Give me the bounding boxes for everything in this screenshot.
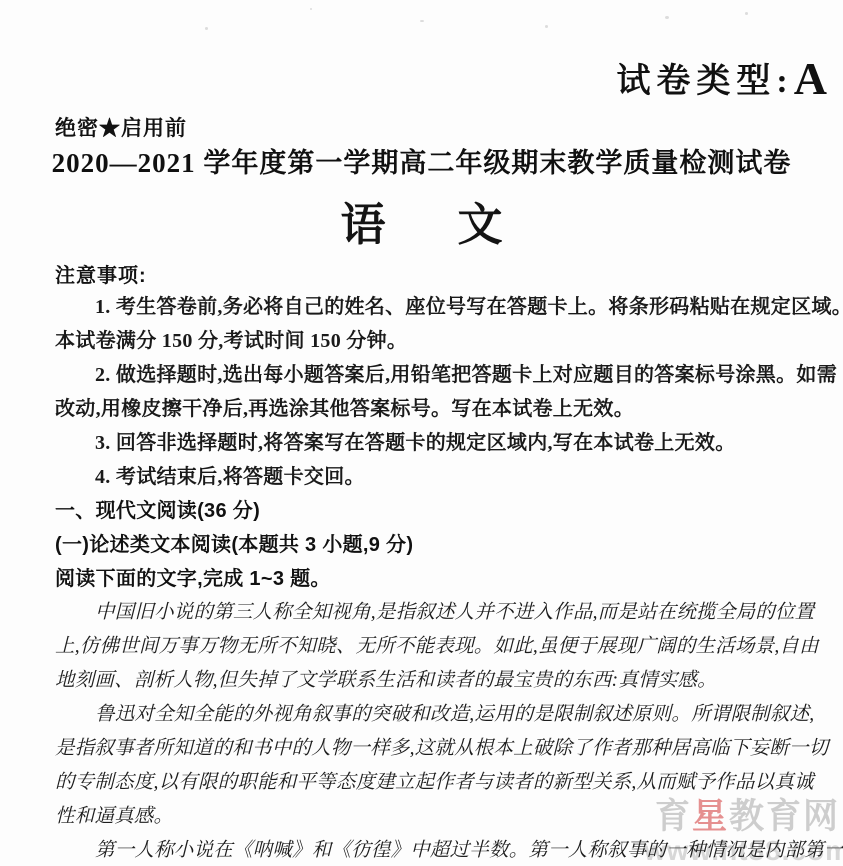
document-body: 1. 考生答卷前,务必将自己的姓名、座位号写在答题卡上。将条形码粘贴在规定区域。… — [55, 290, 833, 866]
paper-type-text: 试卷类型: — [616, 63, 793, 100]
text-line: 3. 回答非选择题时,将答案写在答题卡的规定区域内,写在本试卷上无效。 — [55, 426, 833, 460]
exam-title: 2020—2021 学年度第一学期高二年级期末教学质量检测试卷 — [0, 141, 843, 180]
text-line: 1. 考生答卷前,务必将自己的姓名、座位号写在答题卡上。将条形码粘贴在规定区域。 — [55, 290, 833, 324]
scan-artifact — [545, 25, 548, 28]
text-line: 4. 考试结束后,将答题卡交回。 — [55, 460, 833, 494]
text-line: 第一人称小说在《呐喊》和《彷徨》中超过半数。第一人称叙事的一种情况是内部第一人 — [55, 834, 833, 866]
paper-type-value: A — [794, 53, 827, 104]
text-line: 阅读下面的文字,完成 1~3 题。 — [55, 562, 833, 596]
paper-type-label: 试卷类型:A — [616, 52, 827, 105]
text-line: 的专制态度,以有限的职能和平等态度建立起作者与读者的新型关系,从而赋予作品以真诚 — [55, 766, 833, 800]
notice-heading: 注意事项: — [55, 259, 147, 288]
text-line: 地刻画、剖析人物,但失掉了文学联系生活和读者的最宝贵的东西:真情实感。 — [55, 664, 833, 698]
text-line: 改动,用橡皮擦干净后,再选涂其他答案标号。写在本试卷上无效。 — [55, 392, 833, 426]
exam-paper-page: 育星教育网 www.ht88.com 试卷类型:A 绝密★启用前 2020—20… — [0, 0, 843, 866]
subject-char: 语 — [340, 188, 385, 253]
text-line: 本试卷满分 150 分,考试时间 150 分钟。 — [55, 324, 833, 358]
scan-artifact — [745, 12, 748, 15]
scan-artifact — [205, 27, 208, 30]
text-line: 性和逼真感。 — [55, 800, 833, 834]
text-line: 中国旧小说的第三人称全知视角,是指叙述人并不进入作品,而是站在统揽全局的位置 — [55, 596, 833, 630]
subject-char: 文 — [458, 188, 503, 253]
scan-artifact — [665, 16, 669, 19]
secrecy-notice: 绝密★启用前 — [55, 112, 187, 142]
text-line: 一、现代文阅读(36 分) — [55, 494, 833, 528]
scan-artifact — [420, 20, 424, 22]
subject-title: 语文 — [0, 188, 843, 253]
text-line: 上,仿佛世间万事万物无所不知晓、无所不能表现。如此,虽便于展现广阔的生活场景,自… — [55, 630, 833, 664]
text-line: 2. 做选择题时,选出每小题答案后,用铅笔把答题卡上对应题目的答案标号涂黑。如需 — [55, 358, 833, 392]
text-line: 是指叙事者所知道的和书中的人物一样多,这就从根本上破除了作者那种居高临下妄断一切 — [55, 732, 833, 766]
scan-artifact — [310, 8, 312, 10]
text-line: 鲁迅对全知全能的外视角叙事的突破和改造,运用的是限制叙述原则。所谓限制叙述, — [55, 698, 833, 732]
text-line: (一)论述类文本阅读(本题共 3 小题,9 分) — [55, 528, 833, 562]
